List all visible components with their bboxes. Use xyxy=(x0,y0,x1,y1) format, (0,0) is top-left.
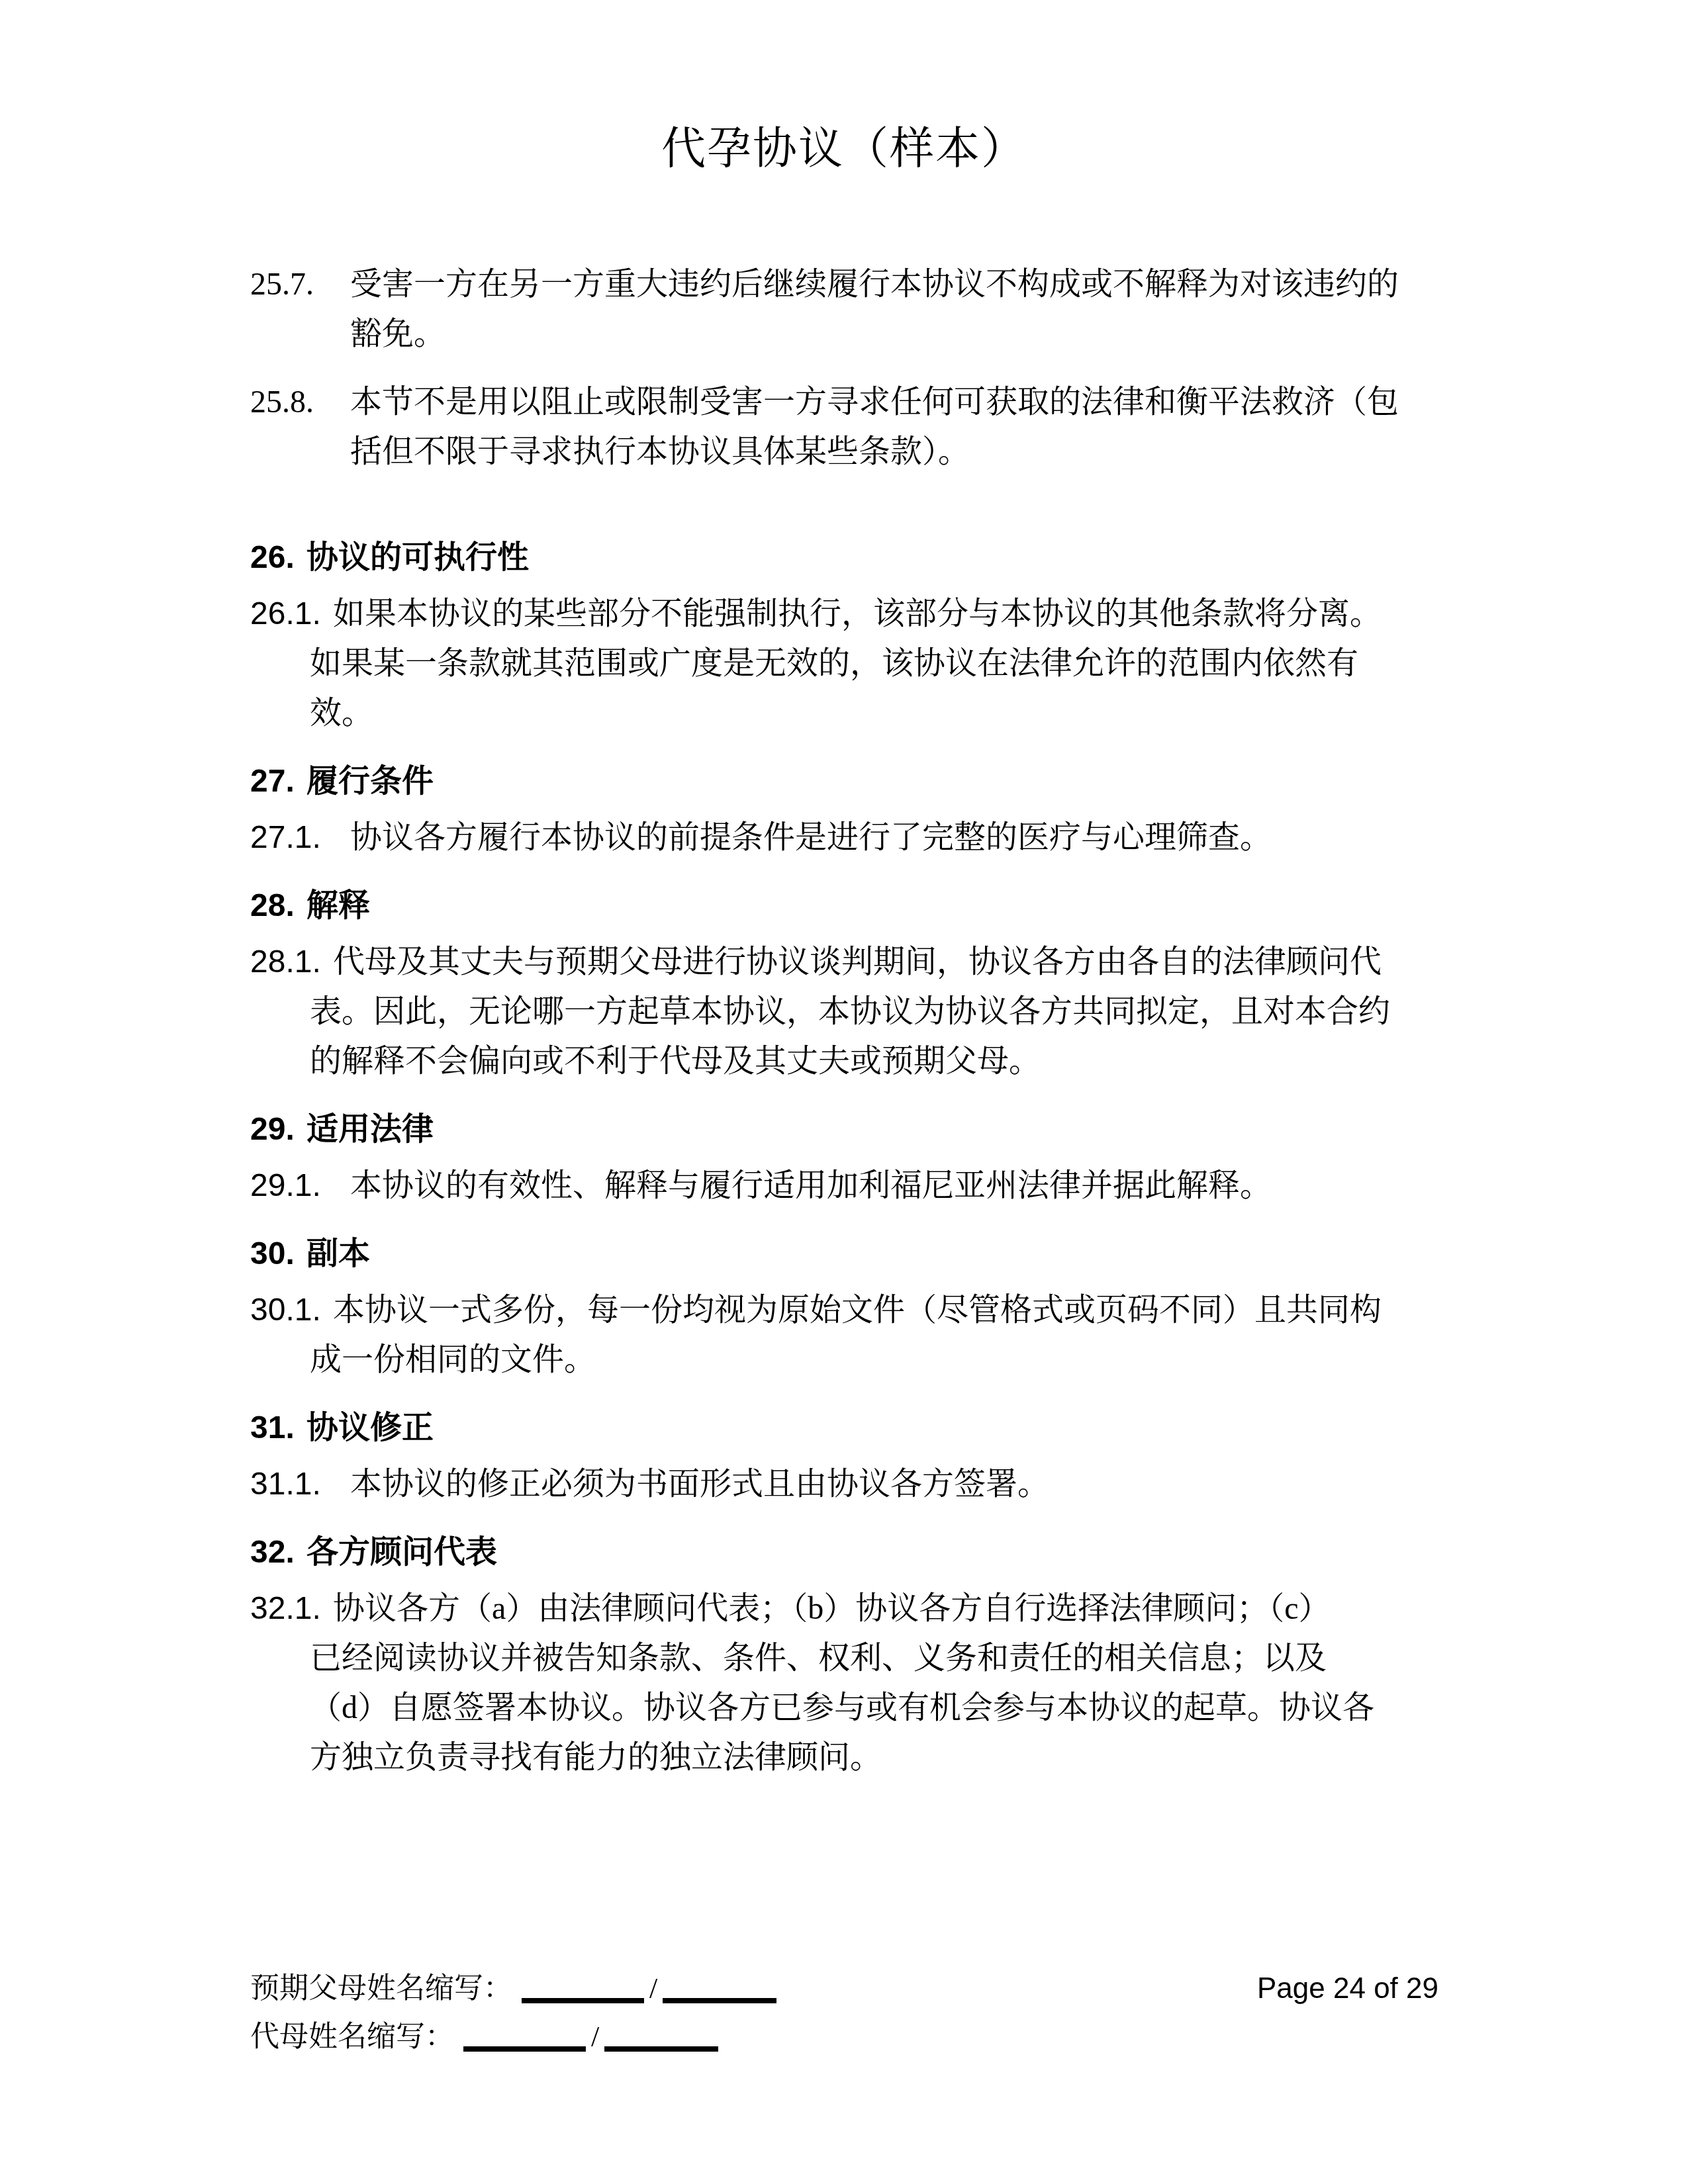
section-heading: 27.履行条件 xyxy=(250,756,1435,806)
footer-initials-line-2: 代母姓名缩写：/ xyxy=(250,2013,776,2061)
sections: 25.7.受害一方在另一方重大违约后继续履行本协议不构成或不解释为对该违约的豁免… xyxy=(250,259,1435,1801)
clause-line: 31.1.本协议的修正必须为书面形式且由协议各方签署。 xyxy=(350,1459,1435,1509)
clause-text: 如果某一条款就其范围或广度是无效的，该协议在法律允许的范围内依然有 xyxy=(310,646,1358,681)
clause-number: 29.1. xyxy=(250,1161,350,1210)
section-heading: 30.副本 xyxy=(250,1229,1435,1279)
signature-line xyxy=(604,2046,718,2052)
clause-text: 的解释不会偏向或不利于代母及其丈夫或预期父母。 xyxy=(310,1044,1041,1079)
clause-number: 27. xyxy=(250,756,306,806)
section-heading: 26.协议的可执行性 xyxy=(250,533,1435,582)
clause-line: 28.1.代母及其丈夫与预期父母进行协议谈判期间，协议各方由各自的法律顾问代 xyxy=(310,937,1435,987)
section-heading-text: 履行条件 xyxy=(306,764,434,799)
clause-item: 32.1.协议各方（a）由法律顾问代表；（b）协议各方自行选择法律顾问；（c）已… xyxy=(250,1584,1435,1782)
intended-parents-initials-label: 预期父母姓名缩写： xyxy=(250,1972,512,2005)
clause-number: 29. xyxy=(250,1105,306,1154)
clause-line: 效。 xyxy=(310,688,1435,738)
clause-line: 括但不限于寻求执行本协议具体某些条款）。 xyxy=(350,427,1435,477)
section-heading-text: 副本 xyxy=(306,1236,370,1271)
signature-line xyxy=(663,1998,776,2003)
signature-line xyxy=(463,2046,586,2052)
section-heading-text: 各方顾问代表 xyxy=(306,1535,497,1570)
clause-text: 括但不限于寻求执行本协议具体某些条款）。 xyxy=(350,434,970,469)
clause-line: 27.1.协议各方履行本协议的前提条件是进行了完整的医疗与心理筛查。 xyxy=(350,813,1435,862)
clause-item: 31.1.本协议的修正必须为书面形式且由协议各方签署。 xyxy=(250,1459,1435,1509)
footer-initials-line-1: 预期父母姓名缩写：/ xyxy=(250,1964,776,2013)
clause-text: 本协议的有效性、解释与履行适用加利福尼亚州法律并据此解释。 xyxy=(350,1168,1272,1203)
clause-text: 豁免。 xyxy=(350,316,445,351)
section-heading: 32.各方顾问代表 xyxy=(250,1527,1435,1577)
clause-number: 31. xyxy=(250,1403,306,1453)
clause-text: 本节不是用以阻止或限制受害一方寻求任何可获取的法律和衡平法救济（包 xyxy=(350,385,1399,420)
clause-line: 已经阅读协议并被告知条款、条件、权利、义务和责任的相关信息；以及 xyxy=(310,1633,1435,1683)
surrogate-initials-label: 代母姓名缩写： xyxy=(250,2021,454,2053)
section-heading: 29.适用法律 xyxy=(250,1105,1435,1154)
clause-line: 30.1.本协议一式多份，每一份均视为原始文件（尽管格式或页码不同）且共同构 xyxy=(310,1285,1435,1335)
signature-line xyxy=(522,1998,644,2003)
section-heading-text: 适用法律 xyxy=(306,1112,434,1147)
clause-item: 26.1.如果本协议的某些部分不能强制执行，该部分与本协议的其他条款将分离。如果… xyxy=(250,589,1435,738)
clause-line: 26.1.如果本协议的某些部分不能强制执行，该部分与本协议的其他条款将分离。 xyxy=(310,589,1435,639)
clause-item: 30.1.本协议一式多份，每一份均视为原始文件（尽管格式或页码不同）且共同构成一… xyxy=(250,1285,1435,1385)
clause-item: 25.7.受害一方在另一方重大违约后继续履行本协议不构成或不解释为对该违约的豁免… xyxy=(250,259,1435,359)
clause-number: 30. xyxy=(250,1229,306,1279)
clause-text: 受害一方在另一方重大违约后继续履行本协议不构成或不解释为对该违约的 xyxy=(350,267,1399,302)
clause-number: 26. xyxy=(250,533,306,582)
clause-line: 方独立负责寻找有能力的独立法律顾问。 xyxy=(310,1733,1435,1782)
section-heading: 31.协议修正 xyxy=(250,1403,1435,1453)
slash-separator: / xyxy=(591,2013,599,2061)
slash-separator: / xyxy=(649,1964,657,2013)
clause-text: 协议各方（a）由法律顾问代表；（b）协议各方自行选择法律顾问；（c） xyxy=(333,1591,1331,1626)
clause-line: 25.7.受害一方在另一方重大违约后继续履行本协议不构成或不解释为对该违约的 xyxy=(350,259,1435,309)
document-page: 代孕协议（样本） 25.7.受害一方在另一方重大违约后继续履行本协议不构成或不解… xyxy=(0,0,1688,2184)
clause-line: 表。因此，无论哪一方起草本协议，本协议为协议各方共同拟定，且对本合约 xyxy=(310,987,1435,1036)
clause-line: 29.1.本协议的有效性、解释与履行适用加利福尼亚州法律并据此解释。 xyxy=(350,1161,1435,1210)
clause-text: 成一份相同的文件。 xyxy=(310,1342,596,1377)
document-title: 代孕协议（样本） xyxy=(0,123,1688,175)
clause-item: 27.1.协议各方履行本协议的前提条件是进行了完整的医疗与心理筛查。 xyxy=(250,813,1435,862)
clause-number: 27.1. xyxy=(250,813,350,862)
clause-item: 29.1.本协议的有效性、解释与履行适用加利福尼亚州法律并据此解释。 xyxy=(250,1161,1435,1210)
clause-text: （d）自愿签署本协议。协议各方已参与或有机会参与本协议的起草。协议各 xyxy=(310,1690,1374,1725)
clause-number: 28. xyxy=(250,881,306,931)
clause-line: （d）自愿签署本协议。协议各方已参与或有机会参与本协议的起草。协议各 xyxy=(310,1683,1435,1733)
clause-number: 25.7. xyxy=(250,259,350,309)
clause-text: 如果本协议的某些部分不能强制执行，该部分与本协议的其他条款将分离。 xyxy=(333,596,1382,631)
clause-line: 成一份相同的文件。 xyxy=(310,1335,1435,1385)
clause-number: 32.1. xyxy=(250,1584,333,1633)
clause-text: 效。 xyxy=(310,696,373,731)
section-heading: 28.解释 xyxy=(250,881,1435,931)
clause-number: 28.1. xyxy=(250,937,333,987)
section-heading-text: 解释 xyxy=(306,888,370,923)
clause-text: 本协议的修正必须为书面形式且由协议各方签署。 xyxy=(350,1467,1049,1502)
footer-initials-block: 预期父母姓名缩写：/ 代母姓名缩写：/ xyxy=(250,1964,776,2061)
clause-number: 30.1. xyxy=(250,1285,333,1335)
clause-line: 豁免。 xyxy=(350,309,1435,359)
clause-line: 如果某一条款就其范围或广度是无效的，该协议在法律允许的范围内依然有 xyxy=(310,639,1435,688)
clause-text: 表。因此，无论哪一方起草本协议，本协议为协议各方共同拟定，且对本合约 xyxy=(310,994,1390,1029)
section-heading-text: 协议修正 xyxy=(306,1410,434,1445)
clause-line: 32.1.协议各方（a）由法律顾问代表；（b）协议各方自行选择法律顾问；（c） xyxy=(310,1584,1435,1633)
clause-text: 方独立负责寻找有能力的独立法律顾问。 xyxy=(310,1740,882,1775)
clause-item: 25.8.本节不是用以阻止或限制受害一方寻求任何可获取的法律和衡平法救济（包括但… xyxy=(250,377,1435,477)
page-number: Page 24 of 29 xyxy=(1257,1964,1438,2013)
clause-number: 25.8. xyxy=(250,377,350,427)
clause-text: 协议各方履行本协议的前提条件是进行了完整的医疗与心理筛查。 xyxy=(350,820,1272,855)
clause-number: 26.1. xyxy=(250,589,333,639)
clause-line: 的解释不会偏向或不利于代母及其丈夫或预期父母。 xyxy=(310,1036,1435,1086)
clause-text: 代母及其丈夫与预期父母进行协议谈判期间，协议各方由各自的法律顾问代 xyxy=(333,944,1382,979)
clause-text: 本协议一式多份，每一份均视为原始文件（尽管格式或页码不同）且共同构 xyxy=(333,1293,1382,1328)
section-heading-text: 协议的可执行性 xyxy=(306,540,529,575)
clause-item: 28.1.代母及其丈夫与预期父母进行协议谈判期间，协议各方由各自的法律顾问代表。… xyxy=(250,937,1435,1086)
clause-number: 32. xyxy=(250,1527,306,1577)
clause-text: 已经阅读协议并被告知条款、条件、权利、义务和责任的相关信息；以及 xyxy=(310,1641,1327,1676)
clause-line: 25.8.本节不是用以阻止或限制受害一方寻求任何可获取的法律和衡平法救济（包 xyxy=(350,377,1435,427)
clause-number: 31.1. xyxy=(250,1459,350,1509)
